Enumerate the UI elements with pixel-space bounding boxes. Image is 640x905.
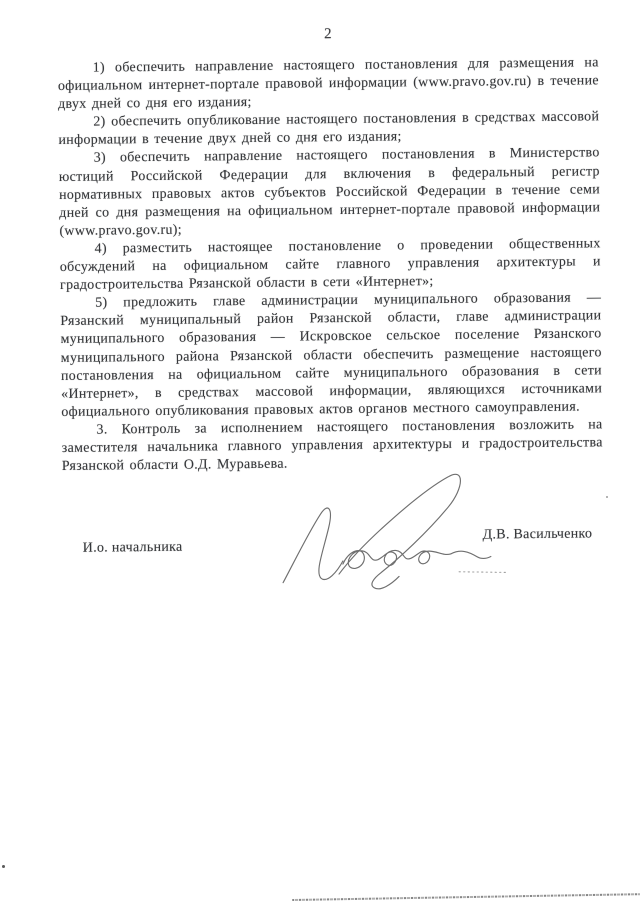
signer-name: Д.В. Васильченко — [483, 526, 593, 543]
scanned-document-page: 2 1) обеспечить направление настоящего п… — [0, 0, 640, 905]
scan-skew-wrapper: 2 1) обеспечить направление настоящего п… — [57, 0, 607, 905]
paragraph-item-3: 3) обеспечить направление настоящего пос… — [59, 145, 601, 241]
scan-speck — [606, 496, 608, 498]
paragraph-item-2: 2) обеспечить опубликование настоящего п… — [58, 109, 599, 151]
signer-position-label: И.о. начальника — [83, 540, 183, 557]
paragraph-item-4: 4) разместить настоящее постановление о … — [60, 235, 602, 295]
paragraph-item-5: 5) предложить главе администрации муници… — [60, 290, 602, 422]
document-body: 1) обеспечить направление настоящего пос… — [58, 54, 603, 476]
paragraph-item-1: 1) обеспечить направление настоящего пос… — [58, 54, 600, 114]
page-number: 2 — [57, 23, 598, 46]
scan-speck — [2, 865, 5, 868]
handwritten-signature-icon — [274, 462, 508, 594]
